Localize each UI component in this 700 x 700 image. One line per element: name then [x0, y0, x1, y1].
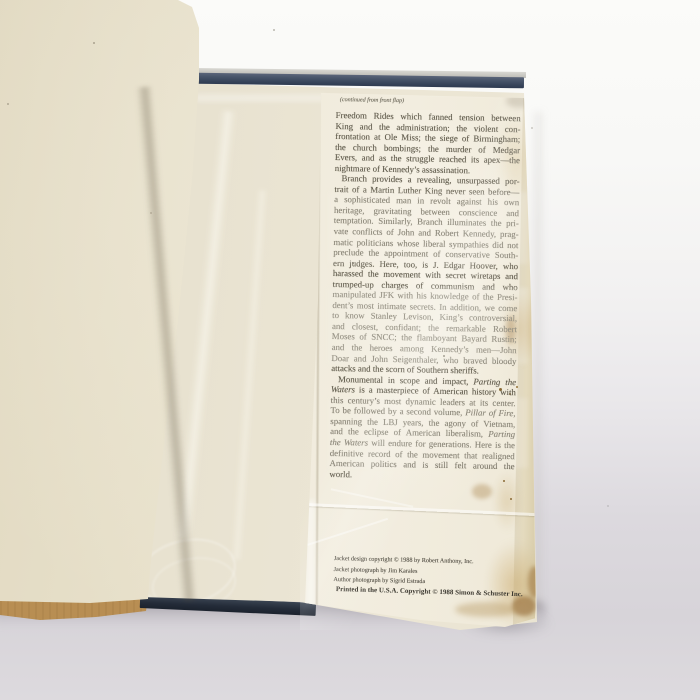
page-speck	[93, 42, 95, 44]
book-photo: (continued from front flap) Freedom Ride…	[0, 0, 700, 700]
mylar-sheen	[231, 190, 268, 560]
page-speck	[7, 103, 9, 105]
dust-speck	[273, 29, 275, 31]
dust-speck	[607, 505, 609, 507]
mylar-gloss	[300, 90, 540, 630]
